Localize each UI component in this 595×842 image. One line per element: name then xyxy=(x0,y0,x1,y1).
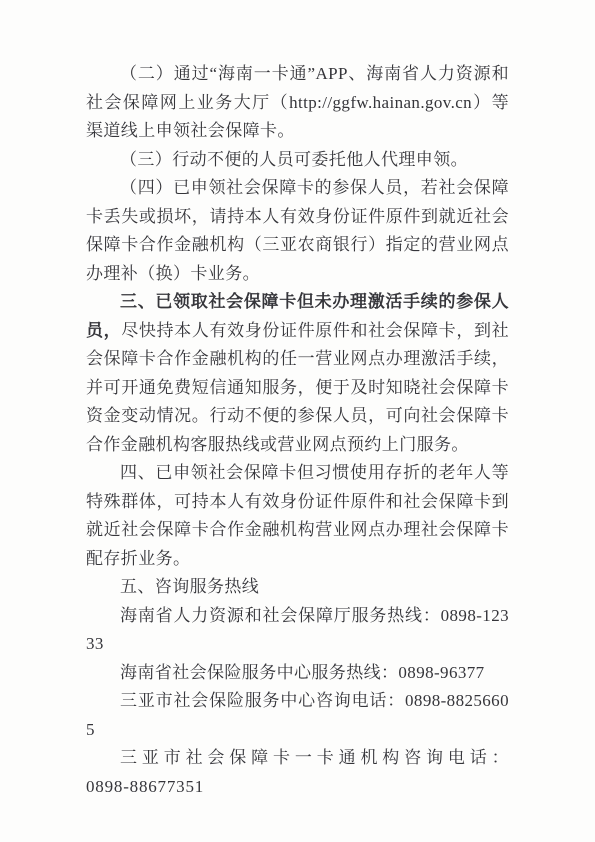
paragraph-replace-card: （四）已申领社会保障卡的参保人员，若社会保障卡丢失或损坏，请持本人有效身份证件原… xyxy=(86,174,509,288)
paragraph-apply-online: （二）通过“海南一卡通”APP、海南省人力资源和社会保障网上业务大厅（http:… xyxy=(86,60,509,146)
document-page: （二）通过“海南一卡通”APP、海南省人力资源和社会保障网上业务大厅（http:… xyxy=(0,0,595,842)
paragraph-text: （三）行动不便的人员可委托他人代理申领。 xyxy=(120,150,468,169)
hotline-hainan-social-insurance: 海南省社会保险服务中心服务热线：0898-96377 xyxy=(86,659,509,688)
hotline-text: 三亚市社会保险服务中心咨询电话：0898-88256605 xyxy=(86,691,509,739)
paragraph-text: （四）已申领社会保障卡的参保人员，若社会保障卡丢失或损坏，请持本人有效身份证件原… xyxy=(86,178,509,283)
paragraph-passbook: 四、已申领社会保障卡但习惯使用存折的老年人等特殊群体，可持本人有效身份证件原件和… xyxy=(86,459,509,573)
paragraph-text: （二）通过“海南一卡通”APP、海南省人力资源和社会保障网上业务大厅（http:… xyxy=(86,64,509,140)
hotline-label-line: 三亚市社会保障卡一卡通机构咨询电话： xyxy=(86,744,509,773)
paragraph-proxy-apply: （三）行动不便的人员可委托他人代理申领。 xyxy=(86,146,509,175)
document-content: （二）通过“海南一卡通”APP、海南省人力资源和社会保障网上业务大厅（http:… xyxy=(86,60,509,801)
hotline-hainan-hrss: 海南省人力资源和社会保障厅服务热线：0898-12333 xyxy=(86,602,509,659)
paragraph-text: 四、已申领社会保障卡但习惯使用存折的老年人等特殊群体，可持本人有效身份证件原件和… xyxy=(86,463,509,568)
paragraph-text: 尽快持本人有效身份证件原件和社会保障卡，到社会保障卡合作金融机构的任一营业网点办… xyxy=(86,321,509,454)
hotline-number-line: 0898-88677351 xyxy=(86,773,509,802)
heading-text: 五、咨询服务热线 xyxy=(120,577,259,596)
paragraph-activation: 三、已领取社会保障卡但未办理激活手续的参保人员，尽快持本人有效身份证件原件和社会… xyxy=(86,288,509,459)
hotline-text: 海南省人力资源和社会保障厅服务热线：0898-12333 xyxy=(86,606,509,654)
heading-hotlines: 五、咨询服务热线 xyxy=(86,573,509,602)
hotline-sanya-social-insurance: 三亚市社会保险服务中心咨询电话：0898-88256605 xyxy=(86,687,509,744)
hotline-sanya-yikatong: 三亚市社会保障卡一卡通机构咨询电话： 0898-88677351 xyxy=(86,744,509,801)
hotline-text: 海南省社会保险服务中心服务热线：0898-96377 xyxy=(120,663,485,682)
